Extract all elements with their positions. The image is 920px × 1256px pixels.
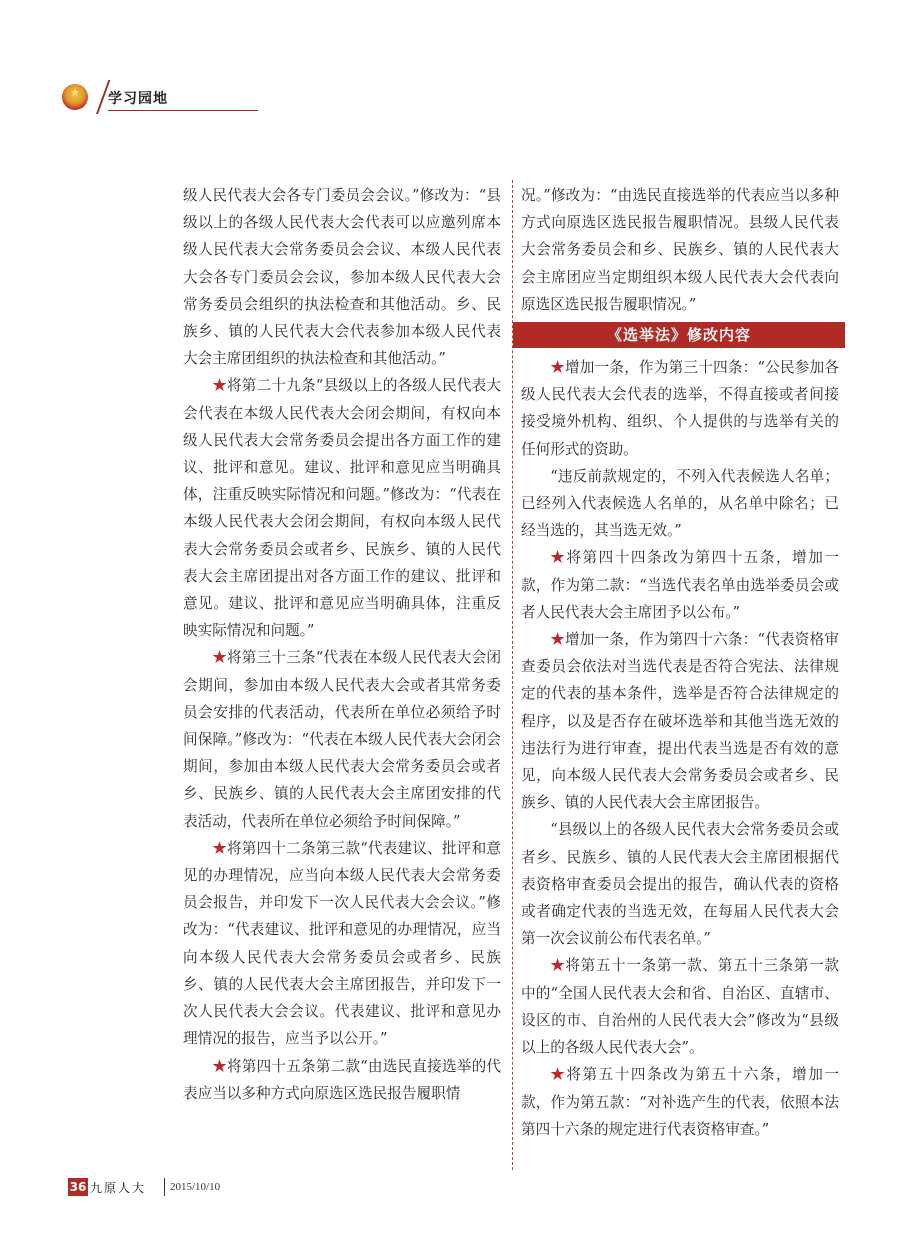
section-title: 学习园地 xyxy=(108,88,168,108)
star-icon: ★ xyxy=(550,957,565,974)
paragraph: 况。”修改为：“由选民直接选举的代表应当以多种方式向原选区选民报告履职情况。县级… xyxy=(521,182,839,318)
section-heading-election-law: 《选举法》修改内容 xyxy=(513,322,845,348)
page-number: 36 xyxy=(68,1178,88,1196)
issue-date: 2015/10/10 xyxy=(170,1181,220,1193)
paragraph: ★将第四十二条第三款“代表建议、批评和意见的办理情况，应当向本级人民代表大会常务… xyxy=(183,835,501,1053)
paragraph: 级人民代表大会各专门委员会会议。”修改为：“县级以上的各级人民代表大会代表可以应… xyxy=(183,182,501,372)
star-icon: ★ xyxy=(550,359,565,376)
header-underline xyxy=(108,110,258,111)
paragraph: ★增加一条，作为第四十六条：“代表资格审查委员会依法对当选代表是否符合宪法、法律… xyxy=(521,626,839,816)
star-icon: ★ xyxy=(550,1066,566,1083)
right-column: 况。”修改为：“由选民直接选举的代表应当以多种方式向原选区选民报告履职情况。县级… xyxy=(521,182,839,1143)
paragraph: ★将第三十三条“代表在本级人民代表大会闭会期间，参加由本级人民代表大会或者其常务… xyxy=(183,644,501,834)
star-icon: ★ xyxy=(212,840,227,857)
national-emblem-icon xyxy=(62,84,88,110)
star-icon: ★ xyxy=(212,649,227,666)
paragraph: ★增加一条，作为第三十四条：“公民参加各级人民代表大会代表的选举，不得直接或者间… xyxy=(521,354,839,463)
paragraph: “县级以上的各级人民代表大会常务委员会或者乡、民族乡、镇的人民代表大会主席团根据… xyxy=(521,816,839,952)
paragraph: ★将第四十四条改为第四十五条，增加一款，作为第二款：“当选代表名单由选举委员会或… xyxy=(521,544,839,626)
star-icon: ★ xyxy=(550,631,565,648)
footer-separator xyxy=(164,1178,165,1196)
paragraph: “违反前款规定的，不列入代表候选人名单；已经列入代表候选人名单的，从名单中除名；… xyxy=(521,463,839,545)
magazine-name: 九原人大 xyxy=(90,1179,146,1196)
paragraph: ★将第二十九条“县级以上的各级人民代表大会代表在本级人民代表大会闭会期间，有权向… xyxy=(183,372,501,644)
paragraph: ★将第五十一条第一款、第五十三条第一款中的“全国人民代表大会和省、自治区、直辖市… xyxy=(521,952,839,1061)
left-column: 级人民代表大会各专门委员会会议。”修改为：“县级以上的各级人民代表大会代表可以应… xyxy=(183,182,501,1107)
star-icon: ★ xyxy=(550,549,566,566)
section-header: 学习园地 xyxy=(62,82,202,114)
star-icon: ★ xyxy=(212,377,227,394)
star-icon: ★ xyxy=(212,1058,227,1075)
paragraph: ★将第四十五条第二款“由选民直接选举的代表应当以多种方式向原选区选民报告履职情 xyxy=(183,1053,501,1107)
paragraph: ★将第五十四条改为第五十六条，增加一款，作为第五款：“对补选产生的代表，依照本法… xyxy=(521,1061,839,1143)
